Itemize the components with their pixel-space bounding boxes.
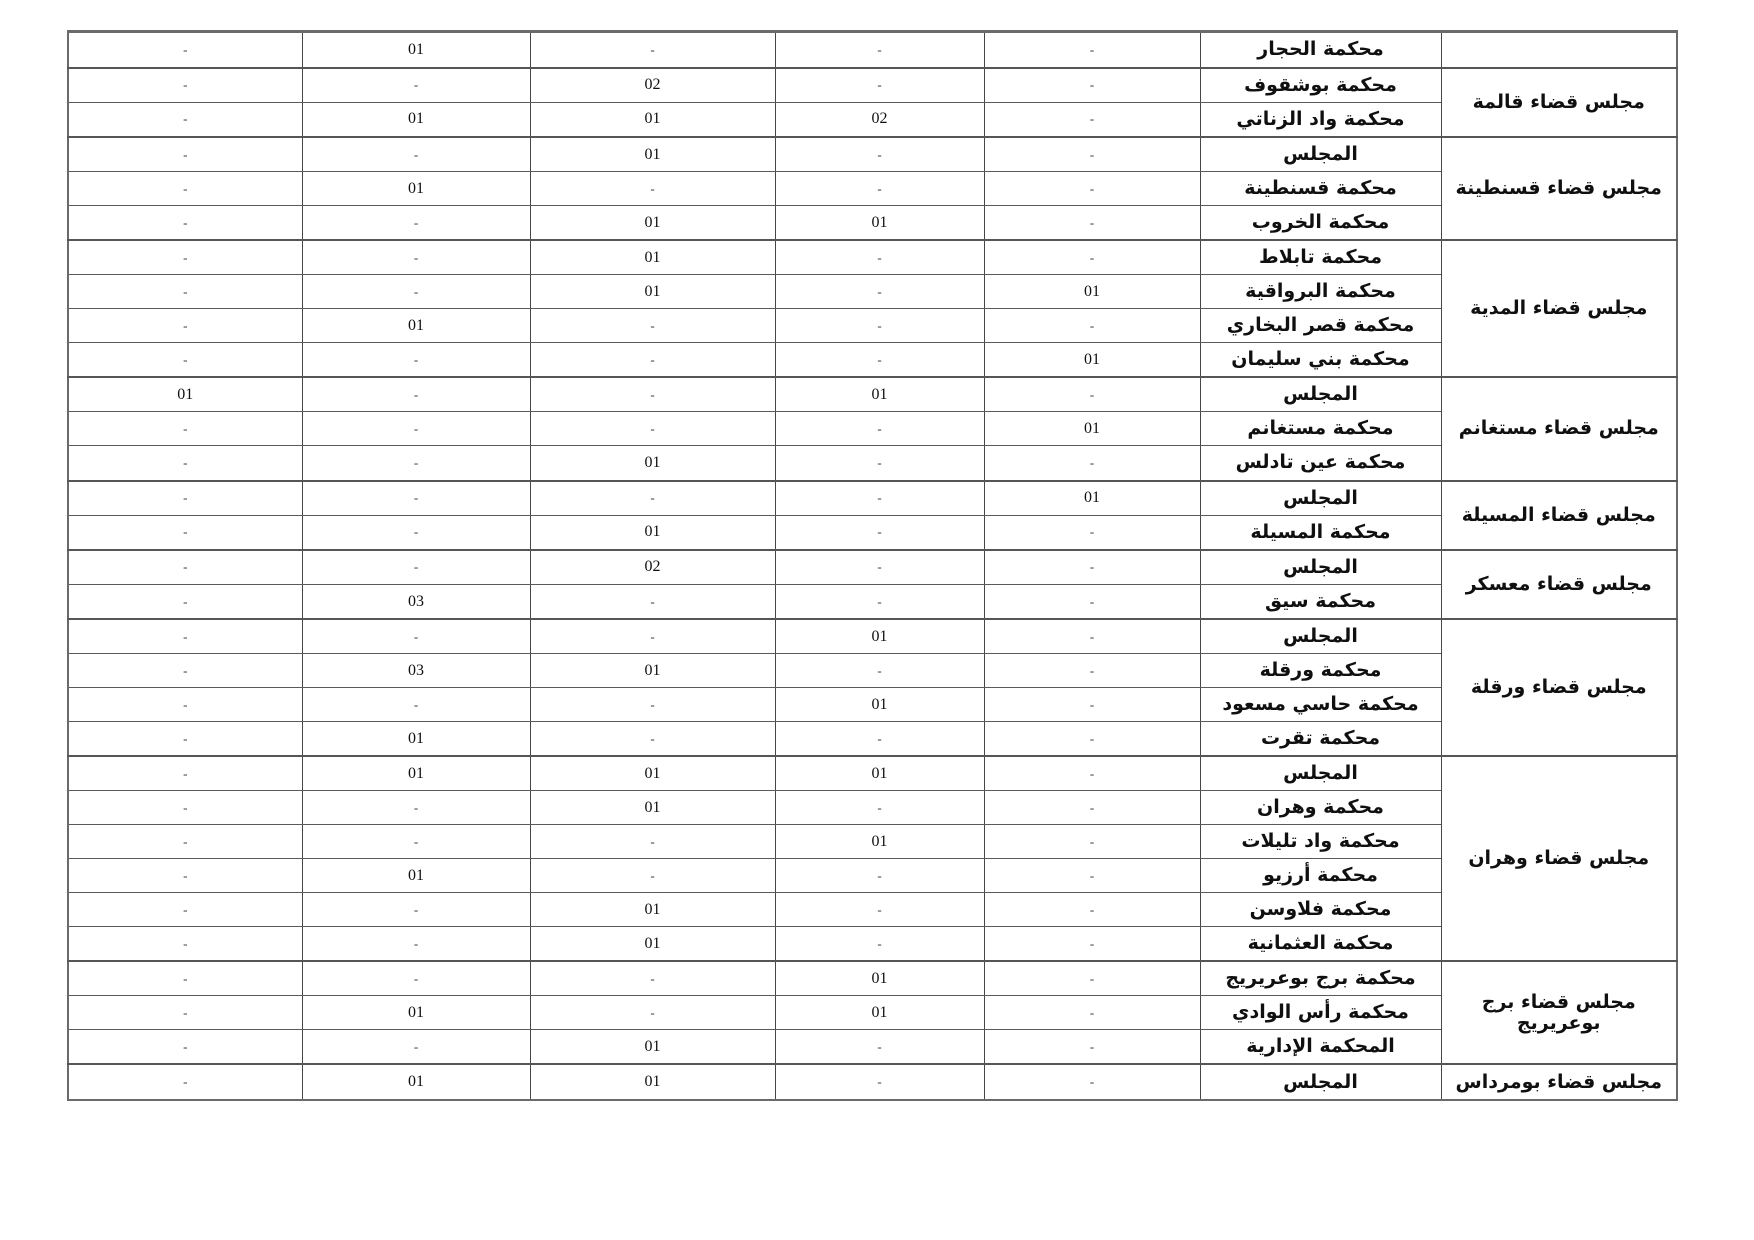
value-cell: -	[984, 926, 1200, 961]
value-cell: -	[68, 584, 302, 619]
table-row: محكمة واد تليلات-01---	[68, 825, 1677, 859]
value-cell: -	[530, 481, 775, 516]
value-cell: 01	[530, 206, 775, 241]
value-cell: -	[68, 1064, 302, 1100]
court-cell: محكمة حاسي مسعود	[1200, 688, 1441, 722]
table-row: محكمة البرواقية01-01--	[68, 275, 1677, 309]
value-cell: -	[984, 240, 1200, 275]
value-cell: -	[530, 377, 775, 412]
value-cell: -	[68, 550, 302, 585]
value-cell: 01	[984, 275, 1200, 309]
table-row: محكمة المسيلة--01--	[68, 515, 1677, 550]
value-cell: -	[302, 275, 530, 309]
value-cell: -	[775, 172, 984, 206]
table-row: محكمة قصر البخاري---01-	[68, 309, 1677, 343]
court-cell: المجلس	[1200, 550, 1441, 585]
value-cell: -	[984, 996, 1200, 1030]
value-cell: 01	[302, 996, 530, 1030]
value-cell: -	[302, 791, 530, 825]
court-cell: محكمة واد الزناتي	[1200, 102, 1441, 137]
value-cell: -	[302, 550, 530, 585]
value-cell: -	[68, 412, 302, 446]
value-cell: -	[775, 446, 984, 481]
value-cell: -	[68, 309, 302, 343]
value-cell: 01	[530, 654, 775, 688]
value-cell: -	[302, 206, 530, 241]
value-cell: -	[984, 688, 1200, 722]
value-cell: -	[984, 722, 1200, 757]
court-cell: محكمة تقرت	[1200, 722, 1441, 757]
value-cell: 01	[775, 377, 984, 412]
value-cell: -	[775, 343, 984, 378]
table-row: مجلس قضاء معسكرالمجلس--02--	[68, 550, 1677, 585]
court-cell: المجلس	[1200, 1064, 1441, 1100]
value-cell: -	[775, 275, 984, 309]
value-cell: -	[302, 377, 530, 412]
court-cell: محكمة الخروب	[1200, 206, 1441, 241]
value-cell: -	[68, 102, 302, 137]
value-cell: -	[984, 137, 1200, 172]
value-cell: 01	[984, 343, 1200, 378]
court-cell: المجلس	[1200, 756, 1441, 791]
value-cell: -	[984, 1030, 1200, 1065]
court-cell: محكمة مستغانم	[1200, 412, 1441, 446]
value-cell: -	[68, 756, 302, 791]
value-cell: 01	[302, 32, 530, 68]
table-row: محكمة قسنطينة---01-	[68, 172, 1677, 206]
value-cell: -	[984, 446, 1200, 481]
value-cell: 01	[530, 893, 775, 927]
value-cell: -	[775, 32, 984, 68]
value-cell: -	[984, 68, 1200, 103]
value-cell: -	[775, 654, 984, 688]
table-row: محكمة سيق---03-	[68, 584, 1677, 619]
court-cell: محكمة عين تادلس	[1200, 446, 1441, 481]
value-cell: -	[775, 584, 984, 619]
value-cell: -	[68, 343, 302, 378]
council-cell	[1441, 32, 1677, 68]
table-row: محكمة ورقلة--0103-	[68, 654, 1677, 688]
value-cell: -	[530, 961, 775, 996]
value-cell: -	[68, 961, 302, 996]
value-cell: -	[68, 172, 302, 206]
value-cell: 01	[530, 240, 775, 275]
table-row: محكمة الحجار---01-	[68, 32, 1677, 68]
value-cell: -	[68, 791, 302, 825]
value-cell: -	[775, 926, 984, 961]
value-cell: 01	[530, 1030, 775, 1065]
value-cell: -	[302, 825, 530, 859]
courts-staffing-table: محكمة الحجار---01-مجلس قضاء قالمةمحكمة ب…	[67, 30, 1678, 1101]
table-row: محكمة فلاوسن--01--	[68, 893, 1677, 927]
court-cell: المجلس	[1200, 137, 1441, 172]
table-row: مجلس قضاء قالمةمحكمة بوشقوف--02--	[68, 68, 1677, 103]
court-cell: المجلس	[1200, 481, 1441, 516]
court-cell: محكمة العثمانية	[1200, 926, 1441, 961]
court-cell: المحكمة الإدارية	[1200, 1030, 1441, 1065]
value-cell: 01	[775, 206, 984, 241]
court-cell: محكمة بوشقوف	[1200, 68, 1441, 103]
value-cell: -	[984, 1064, 1200, 1100]
value-cell: 01	[530, 515, 775, 550]
table-row: محكمة الخروب-0101--	[68, 206, 1677, 241]
value-cell: -	[68, 1030, 302, 1065]
value-cell: -	[530, 859, 775, 893]
value-cell: -	[530, 688, 775, 722]
council-cell: مجلس قضاء مستغانم	[1441, 377, 1677, 480]
council-cell: مجلس قضاء المدية	[1441, 240, 1677, 377]
value-cell: -	[775, 1064, 984, 1100]
value-cell: -	[302, 137, 530, 172]
table-row: مجلس قضاء برج بوعريريجمحكمة برج بوعريريج…	[68, 961, 1677, 996]
value-cell: -	[775, 859, 984, 893]
table-row: محكمة وهران--01--	[68, 791, 1677, 825]
value-cell: -	[302, 893, 530, 927]
value-cell: 01	[775, 825, 984, 859]
value-cell: 01	[775, 619, 984, 654]
value-cell: -	[984, 377, 1200, 412]
court-cell: محكمة تابلاط	[1200, 240, 1441, 275]
value-cell: -	[530, 172, 775, 206]
value-cell: -	[68, 68, 302, 103]
table-row: محكمة واد الزناتي-020101-	[68, 102, 1677, 137]
value-cell: -	[530, 619, 775, 654]
value-cell: 01	[530, 1064, 775, 1100]
court-cell: محكمة أرزيو	[1200, 859, 1441, 893]
value-cell: -	[984, 893, 1200, 927]
value-cell: 02	[775, 102, 984, 137]
value-cell: -	[302, 412, 530, 446]
value-cell: -	[775, 1030, 984, 1065]
value-cell: -	[984, 515, 1200, 550]
value-cell: -	[530, 32, 775, 68]
value-cell: 01	[775, 996, 984, 1030]
value-cell: -	[775, 550, 984, 585]
value-cell: -	[302, 926, 530, 961]
value-cell: -	[775, 791, 984, 825]
value-cell: -	[68, 206, 302, 241]
value-cell: 01	[530, 137, 775, 172]
table-row: مجلس قضاء المسيلةالمجلس01----	[68, 481, 1677, 516]
council-cell: مجلس قضاء بومرداس	[1441, 1064, 1677, 1100]
value-cell: -	[68, 619, 302, 654]
court-cell: محكمة البرواقية	[1200, 275, 1441, 309]
value-cell: -	[68, 515, 302, 550]
court-cell: المجلس	[1200, 619, 1441, 654]
council-cell: مجلس قضاء برج بوعريريج	[1441, 961, 1677, 1064]
court-cell: محكمة قسنطينة	[1200, 172, 1441, 206]
court-cell: محكمة الحجار	[1200, 32, 1441, 68]
table-row: مجلس قضاء المديةمحكمة تابلاط--01--	[68, 240, 1677, 275]
court-cell: محكمة بني سليمان	[1200, 343, 1441, 378]
table-row: محكمة مستغانم01----	[68, 412, 1677, 446]
value-cell: -	[775, 137, 984, 172]
value-cell: 01	[775, 756, 984, 791]
value-cell: -	[984, 584, 1200, 619]
value-cell: 01	[302, 756, 530, 791]
value-cell: -	[68, 825, 302, 859]
value-cell: -	[984, 791, 1200, 825]
table-body: محكمة الحجار---01-مجلس قضاء قالمةمحكمة ب…	[68, 32, 1677, 1101]
value-cell: -	[775, 309, 984, 343]
court-cell: المجلس	[1200, 377, 1441, 412]
value-cell: -	[775, 722, 984, 757]
council-cell: مجلس قضاء معسكر	[1441, 550, 1677, 619]
value-cell: -	[984, 654, 1200, 688]
table-row: المحكمة الإدارية--01--	[68, 1030, 1677, 1065]
value-cell: 03	[302, 584, 530, 619]
value-cell: 01	[984, 412, 1200, 446]
value-cell: 01	[302, 1064, 530, 1100]
value-cell: 01	[530, 756, 775, 791]
court-cell: محكمة رأس الوادي	[1200, 996, 1441, 1030]
table-row: محكمة العثمانية--01--	[68, 926, 1677, 961]
value-cell: -	[530, 309, 775, 343]
value-cell: -	[68, 240, 302, 275]
value-cell: -	[984, 825, 1200, 859]
value-cell: 01	[530, 275, 775, 309]
value-cell: -	[775, 481, 984, 516]
council-cell: مجلس قضاء قالمة	[1441, 68, 1677, 137]
value-cell: 01	[68, 377, 302, 412]
value-cell: -	[984, 309, 1200, 343]
table-row: محكمة تقرت---01-	[68, 722, 1677, 757]
value-cell: -	[775, 515, 984, 550]
value-cell: -	[302, 240, 530, 275]
value-cell: -	[302, 961, 530, 996]
value-cell: -	[68, 275, 302, 309]
table-row: مجلس قضاء مستغانمالمجلس-01--01	[68, 377, 1677, 412]
council-cell: مجلس قضاء المسيلة	[1441, 481, 1677, 550]
value-cell: -	[984, 961, 1200, 996]
value-cell: 02	[530, 68, 775, 103]
value-cell: -	[775, 240, 984, 275]
table-row: محكمة حاسي مسعود-01---	[68, 688, 1677, 722]
value-cell: -	[775, 68, 984, 103]
value-cell: -	[68, 688, 302, 722]
value-cell: -	[68, 446, 302, 481]
value-cell: 01	[302, 859, 530, 893]
value-cell: 01	[775, 688, 984, 722]
court-cell: محكمة سيق	[1200, 584, 1441, 619]
council-cell: مجلس قضاء قسنطينة	[1441, 137, 1677, 240]
table-row: محكمة رأس الوادي-01-01-	[68, 996, 1677, 1030]
table-row: مجلس قضاء بومرداسالمجلس--0101-	[68, 1064, 1677, 1100]
value-cell: -	[984, 756, 1200, 791]
court-cell: محكمة واد تليلات	[1200, 825, 1441, 859]
value-cell: -	[68, 32, 302, 68]
value-cell: -	[530, 412, 775, 446]
value-cell: -	[775, 412, 984, 446]
table-row: مجلس قضاء وهرانالمجلس-010101-	[68, 756, 1677, 791]
value-cell: -	[302, 343, 530, 378]
value-cell: -	[302, 619, 530, 654]
value-cell: -	[984, 550, 1200, 585]
value-cell: 01	[302, 172, 530, 206]
value-cell: -	[984, 206, 1200, 241]
table-row: محكمة بني سليمان01----	[68, 343, 1677, 378]
court-cell: محكمة وهران	[1200, 791, 1441, 825]
court-cell: محكمة قصر البخاري	[1200, 309, 1441, 343]
value-cell: 03	[302, 654, 530, 688]
value-cell: -	[68, 481, 302, 516]
value-cell: -	[302, 515, 530, 550]
table-row: محكمة أرزيو---01-	[68, 859, 1677, 893]
value-cell: -	[302, 481, 530, 516]
value-cell: -	[530, 996, 775, 1030]
value-cell: 01	[530, 446, 775, 481]
value-cell: 01	[530, 102, 775, 137]
value-cell: 01	[530, 926, 775, 961]
value-cell: -	[530, 584, 775, 619]
council-cell: مجلس قضاء ورقلة	[1441, 619, 1677, 756]
value-cell: 01	[302, 309, 530, 343]
value-cell: -	[530, 343, 775, 378]
value-cell: 01	[530, 791, 775, 825]
value-cell: -	[302, 688, 530, 722]
value-cell: -	[68, 654, 302, 688]
council-cell: مجلس قضاء وهران	[1441, 756, 1677, 961]
value-cell: -	[302, 1030, 530, 1065]
value-cell: -	[68, 926, 302, 961]
table-row: محكمة عين تادلس--01--	[68, 446, 1677, 481]
table-row: مجلس قضاء ورقلةالمجلس-01---	[68, 619, 1677, 654]
value-cell: 01	[302, 102, 530, 137]
value-cell: -	[984, 172, 1200, 206]
value-cell: -	[530, 825, 775, 859]
value-cell: -	[68, 137, 302, 172]
value-cell: -	[302, 446, 530, 481]
value-cell: 01	[302, 722, 530, 757]
value-cell: -	[68, 722, 302, 757]
value-cell: -	[984, 859, 1200, 893]
value-cell: 01	[984, 481, 1200, 516]
value-cell: -	[984, 32, 1200, 68]
value-cell: -	[984, 102, 1200, 137]
table-row: مجلس قضاء قسنطينةالمجلس--01--	[68, 137, 1677, 172]
value-cell: -	[530, 722, 775, 757]
court-cell: محكمة فلاوسن	[1200, 893, 1441, 927]
value-cell: -	[984, 619, 1200, 654]
value-cell: 02	[530, 550, 775, 585]
court-cell: محكمة برج بوعريريج	[1200, 961, 1441, 996]
value-cell: -	[68, 859, 302, 893]
value-cell: -	[302, 68, 530, 103]
value-cell: -	[68, 996, 302, 1030]
court-cell: محكمة المسيلة	[1200, 515, 1441, 550]
value-cell: -	[68, 893, 302, 927]
scanned-document-page: محكمة الحجار---01-مجلس قضاء قالمةمحكمة ب…	[0, 0, 1754, 1240]
value-cell: -	[775, 893, 984, 927]
court-cell: محكمة ورقلة	[1200, 654, 1441, 688]
value-cell: 01	[775, 961, 984, 996]
